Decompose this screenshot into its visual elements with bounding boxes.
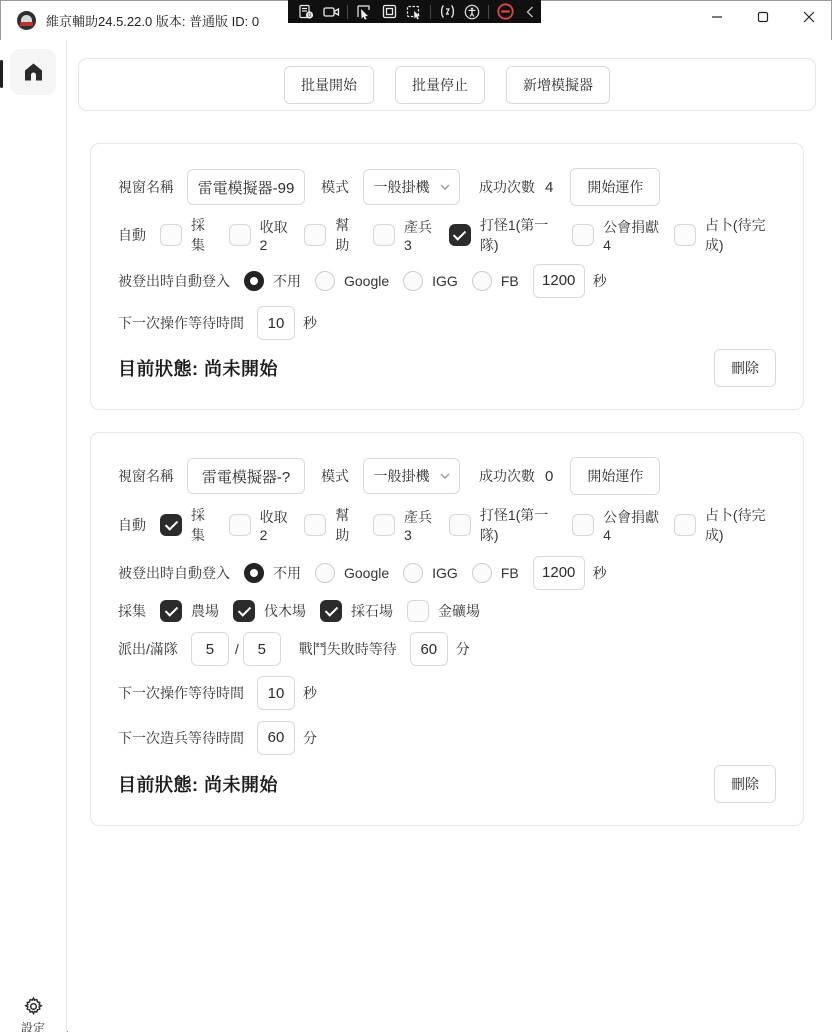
task-option-label: 採集: [191, 215, 215, 255]
task-option: 幫助: [304, 505, 359, 545]
gather-label: 採集: [118, 601, 146, 621]
task-option: 占卜(待完成): [674, 505, 776, 545]
relogin-option-label: Google: [344, 565, 389, 581]
relogin-option: Google: [315, 563, 389, 583]
task-option: 收取2: [229, 217, 291, 253]
success-count-label: 成功次數: [479, 177, 535, 197]
batch-start-button[interactable]: 批量開始: [284, 66, 374, 104]
window-controls: [694, 0, 832, 40]
seconds-unit: 秒: [593, 563, 607, 583]
region-select-cursor-icon[interactable]: [355, 3, 373, 21]
record-target-icon[interactable]: [297, 3, 315, 21]
relogin-option: FB: [472, 563, 519, 583]
seconds-unit: 秒: [593, 271, 607, 291]
task-option-label: 占卜(待完成): [705, 215, 776, 255]
task-option-label: 產兵3: [404, 507, 435, 543]
relogin-wait-input[interactable]: [533, 264, 585, 298]
gather-option-label: 金礦場: [438, 601, 480, 621]
relogin-option-label: 不用: [273, 271, 301, 291]
quarry-checkbox[interactable]: [320, 600, 342, 622]
window-name-label: 視窗名稱: [118, 177, 174, 197]
relogin-option-label: IGG: [432, 565, 458, 581]
minutes-unit: 分: [303, 728, 317, 748]
gather-option-label: 農場: [191, 601, 219, 621]
next-troop-wait-input[interactable]: [257, 721, 295, 755]
gather-checkbox[interactable]: [160, 224, 182, 246]
auto-label: 自動: [118, 225, 146, 245]
task-option-label: 打怪1(第一隊): [480, 505, 558, 545]
mode-value: 一般掛機: [374, 177, 430, 197]
relogin-option-label: FB: [501, 565, 519, 581]
task-option-label: 幫助: [335, 215, 359, 255]
toolbar-separator: [488, 5, 489, 19]
gather-option: 金礦場: [407, 600, 480, 622]
help-checkbox[interactable]: [304, 224, 326, 246]
mode-label: 模式: [321, 466, 349, 486]
start-run-button[interactable]: 開始運作: [570, 168, 660, 206]
divination-checkbox[interactable]: [674, 224, 696, 246]
active-indicator: [0, 60, 3, 88]
relogin-option-label: 不用: [273, 563, 301, 583]
add-emulator-button[interactable]: 新增模擬器: [506, 66, 610, 104]
relogin-row: 被登出時自動登入 不用 Google IGG FB 秒: [118, 264, 776, 298]
task-option: 公會捐獻4: [572, 217, 660, 253]
relogin-igg-radio[interactable]: [403, 563, 423, 583]
success-count-value: 0: [545, 468, 553, 485]
dispatch-max-input[interactable]: [243, 632, 281, 666]
relogin-option: 不用: [244, 563, 301, 583]
chevron-down-icon: [440, 473, 450, 479]
relogin-none-radio[interactable]: [244, 563, 264, 583]
gather-option: 伐木場: [233, 600, 306, 622]
broadcast-icon[interactable]: [438, 3, 456, 21]
relogin-label: 被登出時自動登入: [118, 271, 230, 291]
next-action-wait-input[interactable]: [257, 676, 295, 710]
relogin-option: IGG: [403, 563, 458, 583]
cursor-capture-icon[interactable]: [405, 3, 423, 21]
main-area: 批量開始 批量停止 新增模擬器 視窗名稱 模式 一般掛機 成功次數 4 開始運作…: [68, 40, 832, 1032]
sidebar-item-settings[interactable]: 設定: [0, 996, 66, 1032]
battle-fail-wait-input[interactable]: [410, 632, 448, 666]
next-action-row: 下一次操作等待時間 秒: [118, 306, 776, 340]
task-option: 採集: [160, 505, 215, 545]
collapse-chevron-icon[interactable]: [521, 3, 539, 21]
accessibility-icon[interactable]: [463, 3, 481, 21]
guild-donate4-checkbox[interactable]: [572, 224, 594, 246]
task-option: 公會捐獻4: [572, 507, 660, 543]
mode-value: 一般掛機: [374, 466, 430, 486]
relogin-label: 被登出時自動登入: [118, 563, 230, 583]
maximize-button[interactable]: [740, 0, 786, 34]
relogin-igg-radio[interactable]: [403, 271, 423, 291]
window-name-input[interactable]: [187, 458, 305, 494]
relogin-option-label: Google: [344, 273, 389, 289]
status-row: 目前狀態: 尚未開始 刪除: [118, 765, 776, 803]
task-option-label: 採集: [191, 505, 215, 545]
stop-record-icon[interactable]: [496, 3, 514, 21]
lumber-checkbox[interactable]: [233, 600, 255, 622]
task-option-label: 公會捐獻4: [603, 507, 660, 543]
next-troop-row: 下一次造兵等待時間 分: [118, 721, 776, 755]
collect2-checkbox[interactable]: [229, 224, 251, 246]
task-option: 產兵3: [373, 217, 435, 253]
next-action-wait-input[interactable]: [257, 306, 295, 340]
capture-toolbar: [288, 0, 541, 23]
next-action-label: 下一次操作等待時間: [118, 683, 244, 703]
close-button[interactable]: [786, 0, 832, 34]
gather-option-label: 伐木場: [264, 601, 306, 621]
window-select-icon[interactable]: [380, 3, 398, 21]
task-option-label: 收取2: [260, 507, 291, 543]
relogin-fb-radio[interactable]: [472, 271, 492, 291]
relogin-option: IGG: [403, 271, 458, 291]
guild-donate4-checkbox[interactable]: [572, 514, 594, 536]
gear-icon: [23, 996, 44, 1017]
chevron-down-icon: [440, 184, 450, 190]
task-option-label: 幫助: [335, 505, 359, 545]
delete-button[interactable]: 刪除: [714, 765, 776, 803]
task-option: 幫助: [304, 215, 359, 255]
status-text: 目前狀態: 尚未開始: [118, 355, 278, 381]
window-name-label: 視窗名稱: [118, 466, 174, 486]
seconds-unit: 秒: [303, 683, 317, 703]
task-option: 占卜(待完成): [674, 215, 776, 255]
toolbar-separator: [347, 5, 348, 19]
delete-button[interactable]: 刪除: [714, 349, 776, 387]
window-name-row: 視窗名稱 模式 一般掛機 成功次數 4 開始運作: [118, 168, 776, 206]
gather-option: 採石場: [320, 600, 393, 622]
minutes-unit: 分: [456, 639, 470, 659]
task-option-label: 收取2: [260, 217, 291, 253]
next-action-label: 下一次操作等待時間: [118, 313, 244, 333]
toolbar-separator: [430, 5, 431, 19]
relogin-none-radio[interactable]: [244, 271, 264, 291]
relogin-option: FB: [472, 271, 519, 291]
gather-sites-row: 採集 農場 伐木場 採石場 金礦場: [118, 600, 776, 622]
task-option: 打怪1(第一隊): [449, 505, 558, 545]
auto-tasks-row: 自動 採集 收取2 幫助 產兵3 打怪1(第一隊): [118, 215, 776, 255]
video-camera-icon[interactable]: [322, 3, 340, 21]
farm-checkbox[interactable]: [160, 600, 182, 622]
collect2-checkbox[interactable]: [229, 514, 251, 536]
task-option-label: 打怪1(第一隊): [480, 215, 558, 255]
gold-mine-checkbox[interactable]: [407, 600, 429, 622]
battle-fail-wait-label: 戰鬥失敗時等待: [299, 639, 397, 659]
emulator-card-1: 視窗名稱 模式 一般掛機 成功次數 4 開始運作 自動 採集 收取2: [90, 143, 804, 410]
emulator-card-2: 視窗名稱 模式 一般掛機 成功次數 0 開始運作 自動 採集 收取2: [90, 432, 804, 826]
gather-option-label: 採石場: [351, 601, 393, 621]
task-option-label: 公會捐獻4: [603, 217, 660, 253]
relogin-option-label: IGG: [432, 273, 458, 289]
relogin-google-radio[interactable]: [315, 271, 335, 291]
app-title: 維京輔助24.5.22.0 版本: 普通版 ID: 0: [46, 11, 259, 30]
hunt-monster1-checkbox[interactable]: [449, 224, 471, 246]
dispatch-current-input[interactable]: [191, 632, 229, 666]
relogin-option: 不用: [244, 271, 301, 291]
app-logo-icon: [17, 11, 36, 30]
relogin-row: 被登出時自動登入 不用 Google IGG FB 秒: [118, 556, 776, 590]
start-run-button[interactable]: 開始運作: [570, 457, 660, 495]
task-option: 採集: [160, 215, 215, 255]
auto-tasks-row: 自動 採集 收取2 幫助 產兵3 打怪1(第一隊): [118, 505, 776, 545]
dispatch-label: 派出/滿隊: [118, 639, 178, 659]
divination-checkbox[interactable]: [674, 514, 696, 536]
hunt-monster1-checkbox[interactable]: [449, 514, 471, 536]
settings-label: 設定: [21, 1019, 45, 1032]
task-option: 收取2: [229, 507, 291, 543]
status-row: 目前狀態: 尚未開始 刪除: [118, 349, 776, 387]
relogin-wait-input[interactable]: [533, 556, 585, 590]
mode-label: 模式: [321, 177, 349, 197]
auto-label: 自動: [118, 515, 146, 535]
next-troop-label: 下一次造兵等待時間: [118, 728, 244, 748]
mode-select[interactable]: 一般掛機: [363, 169, 460, 205]
seconds-unit: 秒: [303, 313, 317, 333]
success-count-label: 成功次數: [479, 466, 535, 486]
help-checkbox[interactable]: [304, 514, 326, 536]
relogin-google-radio[interactable]: [315, 563, 335, 583]
batch-toolbar: 批量開始 批量停止 新增模擬器: [78, 58, 816, 111]
window-name-row: 視窗名稱 模式 一般掛機 成功次數 0 開始運作: [118, 457, 776, 495]
relogin-fb-radio[interactable]: [472, 563, 492, 583]
task-option: 產兵3: [373, 507, 435, 543]
task-option-label: 產兵3: [404, 217, 435, 253]
task-option: 打怪1(第一隊): [449, 215, 558, 255]
success-count-value: 4: [545, 179, 553, 196]
home-icon: [23, 62, 44, 82]
dispatch-row: 派出/滿隊 / 戰鬥失敗時等待 分: [118, 632, 776, 666]
minimize-button[interactable]: [694, 0, 740, 34]
relogin-option-label: FB: [501, 273, 519, 289]
relogin-option: Google: [315, 271, 389, 291]
sidebar-item-home[interactable]: [10, 49, 56, 95]
gather-option: 農場: [160, 600, 219, 622]
train-troops3-checkbox[interactable]: [373, 514, 395, 536]
task-option-label: 占卜(待完成): [705, 505, 776, 545]
status-text: 目前狀態: 尚未開始: [118, 771, 278, 797]
window-name-input[interactable]: [187, 169, 305, 205]
sidebar: 設定: [0, 40, 67, 1032]
gather-checkbox[interactable]: [160, 514, 182, 536]
mode-select[interactable]: 一般掛機: [363, 458, 460, 494]
next-action-row: 下一次操作等待時間 秒: [118, 676, 776, 710]
dispatch-separator: /: [235, 641, 239, 657]
batch-stop-button[interactable]: 批量停止: [395, 66, 485, 104]
train-troops3-checkbox[interactable]: [373, 224, 395, 246]
